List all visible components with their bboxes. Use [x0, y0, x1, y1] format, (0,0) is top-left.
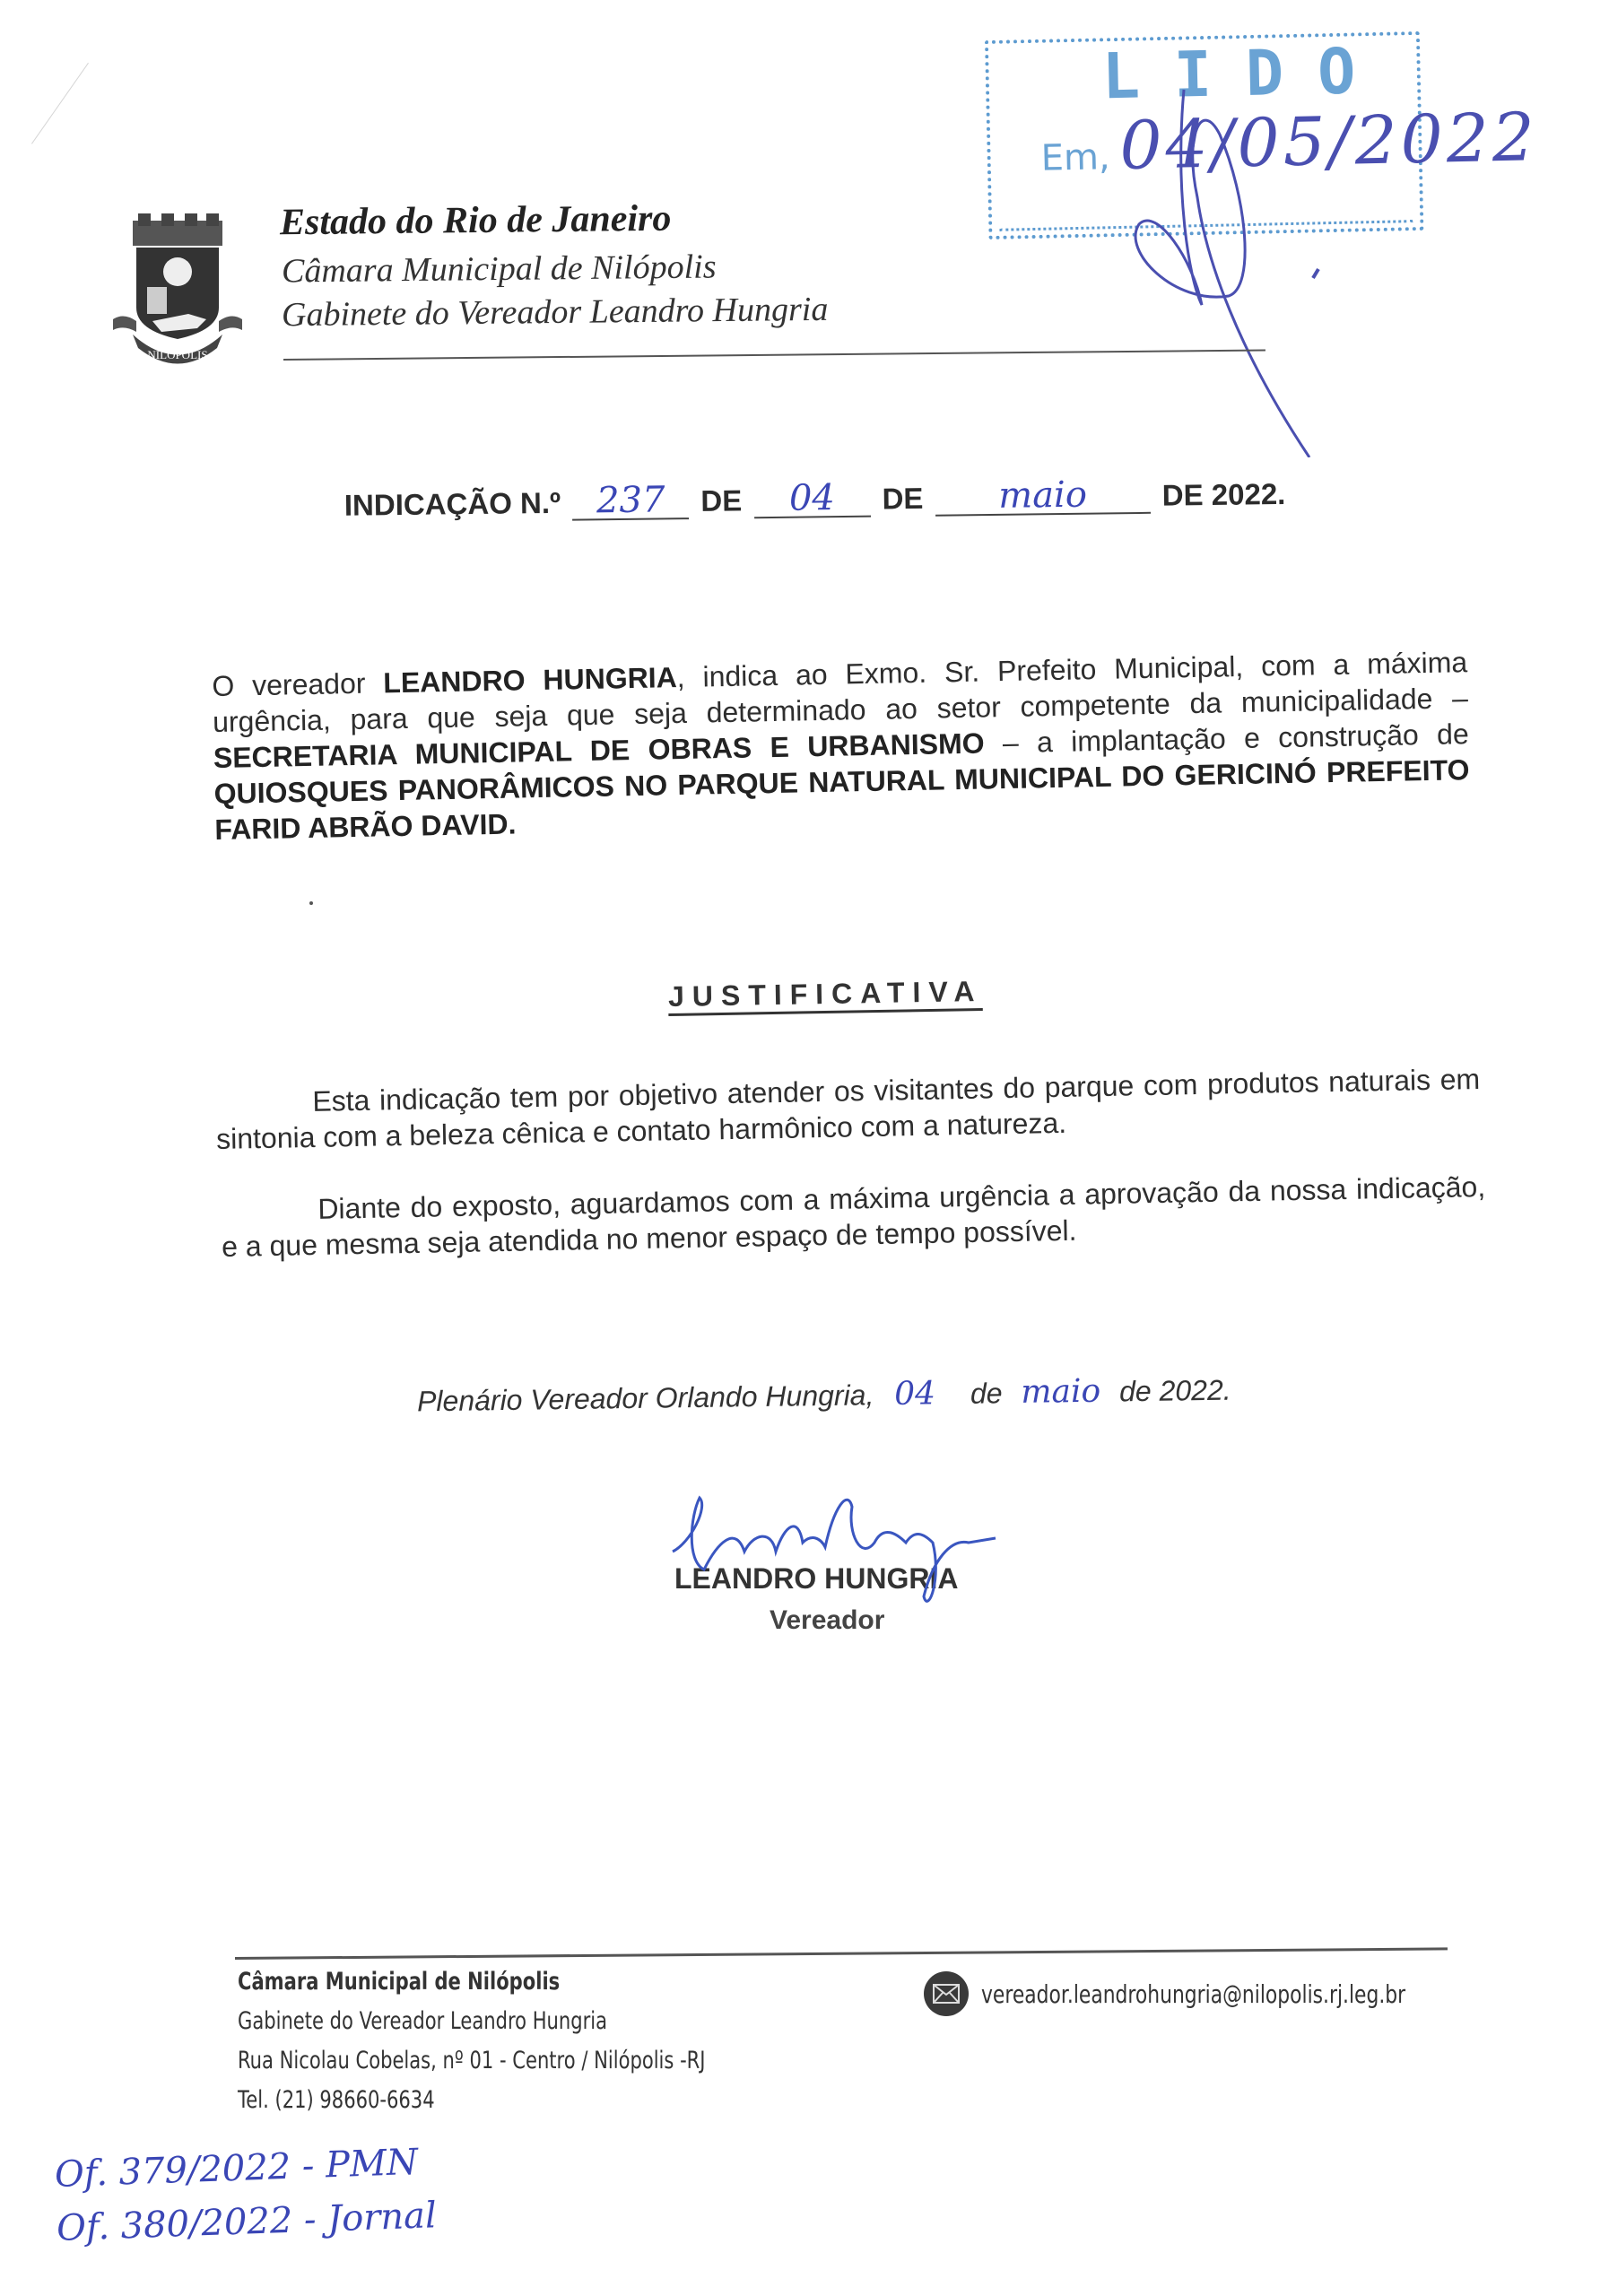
indicacao-day: 04	[753, 480, 871, 519]
footer-phone: Tel. (21) 98660-6634	[238, 2081, 706, 2120]
indicacao-month: maio	[935, 476, 1150, 517]
footer-contact: Câmara Municipal de Nilópolis Gabinete d…	[238, 1962, 706, 2120]
body-paragraph-conclusion: Diante do exposto, aguardamos com a máxi…	[221, 1169, 1486, 1265]
header-divider	[283, 349, 1265, 361]
stray-dot	[309, 901, 313, 905]
body-text: O vereador	[212, 666, 384, 702]
body-paragraph-justification: Esta indicação tem por objetivo atender …	[215, 1061, 1481, 1157]
closing-year: de 2022.	[1119, 1374, 1231, 1408]
closing-place-date: Plenário Vereador Orlando Hungria, 04 de…	[417, 1371, 1231, 1420]
header-state: Estado do Rio de Janeiro	[280, 197, 672, 245]
footer-org: Câmara Municipal de Nilópolis	[238, 1962, 706, 2002]
emphasis-text: LEANDRO HUNGRIA	[383, 661, 677, 699]
body-text: – a implantação e construção de	[984, 717, 1469, 759]
envelope-icon	[924, 1971, 969, 2016]
svg-text:NILÓPOLIS: NILÓPOLIS	[147, 348, 207, 361]
municipal-coat-of-arms-logo: NILÓPOLIS	[106, 213, 249, 366]
indicacao-de-2: DE	[882, 482, 923, 517]
header-chamber: Câmara Municipal de Nilópolis	[282, 247, 717, 291]
indicacao-heading: INDICAÇÃO N.º 237 DE 04 DE maio DE 2022.	[344, 474, 1341, 549]
stamp-signature-scribble	[1121, 81, 1354, 457]
closing-place: Plenário Vereador Orlando Hungria,	[417, 1378, 874, 1417]
scan-artifact-line	[31, 63, 89, 144]
indicacao-year: DE 2022.	[1162, 477, 1286, 513]
footer-divider	[235, 1947, 1448, 1960]
closing-month: maio	[1021, 1373, 1100, 1411]
indicacao-label: INDICAÇÃO N.º	[344, 486, 561, 523]
body-paragraph-request: O vereador LEANDRO HUNGRIA, indica ao Ex…	[212, 644, 1471, 848]
stamp-em-label: Em,	[1040, 136, 1110, 179]
footer-email: vereador.leandrohungria@nilopolis.rj.leg…	[924, 1971, 1526, 2016]
indicacao-number: 237	[572, 482, 690, 521]
indicacao-de-1: DE	[700, 483, 742, 518]
footer-office: Gabinete do Vereador Leandro Hungria	[238, 2002, 706, 2041]
handwritten-office-notes: Of. 379/2022 - PMN Of. 380/2022 - Jornal	[54, 2135, 438, 2256]
closing-day: 04	[894, 1375, 935, 1413]
handwritten-signature	[655, 1489, 1031, 1623]
justificativa-title: JUSTIFICATIVA	[668, 975, 983, 1013]
footer-address: Rua Nicolau Cobelas, nº 01 - Centro / Ni…	[238, 2041, 706, 2081]
header-office: Gabinete do Vereador Leandro Hungria	[282, 290, 829, 335]
closing-de: de	[970, 1377, 1003, 1409]
footer-email-address[interactable]: vereador.leandrohungria@nilopolis.rj.leg…	[981, 1979, 1405, 2009]
